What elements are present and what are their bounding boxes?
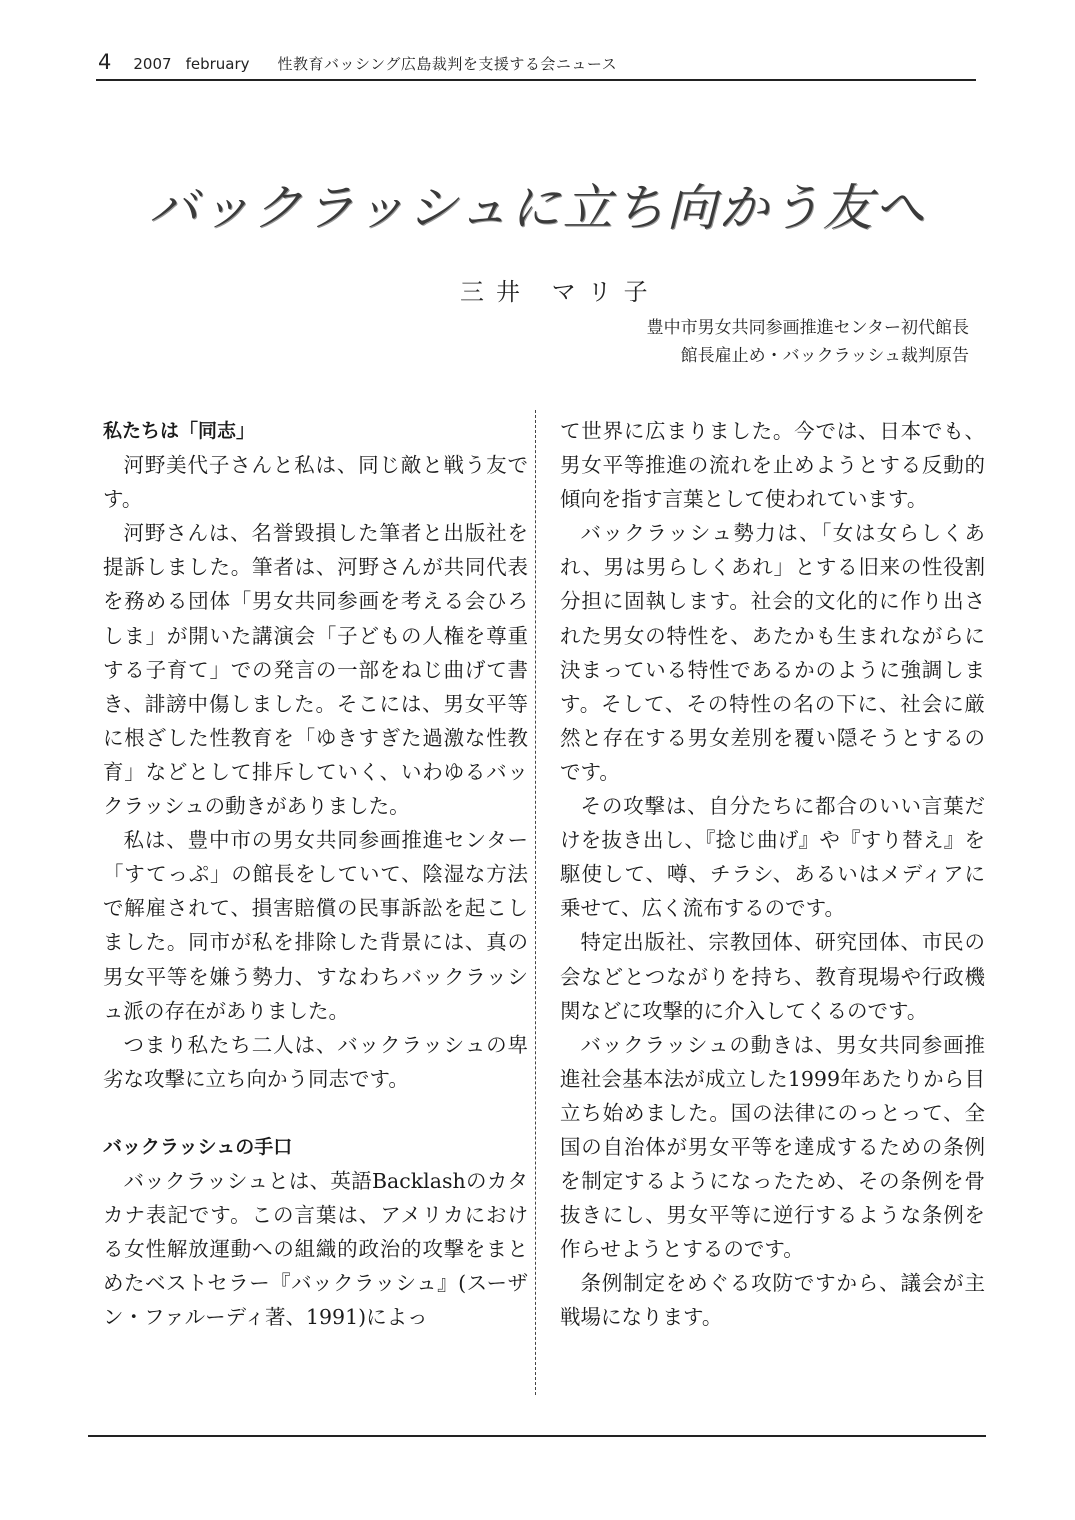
column-divider [535, 410, 536, 1395]
section-heading-comrades: 私たちは「同志」 [103, 414, 528, 448]
body-paragraph: 河野さんは、名誉毀損した筆者と出版社を提訴しました。筆者は、河野さんが共同代表を… [103, 516, 528, 823]
footer-rule [88, 1435, 986, 1437]
page-header: 4 2007 february 性教育バッシング広島裁判を支援する会ニュース [98, 50, 974, 80]
body-paragraph: 私は、豊中市の男女共同参画推進センター「すてっぷ」の館長をしていて、陰湿な方法で… [103, 823, 528, 1028]
article-author: 三井 マリ子 [460, 272, 660, 307]
author-affiliation-1: 豊中市男女共同参画推進センター初代館長 [647, 313, 969, 338]
left-column: 私たちは「同志」 河野美代子さんと私は、同じ敵と戦う友です。 河野さんは、名誉毀… [103, 414, 528, 1334]
article-title: バックラッシュに立ち向かう友へ [0, 168, 1075, 240]
section-heading-tactics: バックラッシュの手口 [103, 1130, 528, 1164]
publication-name: 性教育バッシング広島裁判を支援する会ニュース [278, 53, 618, 74]
body-paragraph-continuation: て世界に広まりました。今では、日本でも、男女平等推進の流れを止めようとする反動的… [560, 414, 985, 516]
body-paragraph: バックラッシュ勢力は、「女は女らしくあれ、男は男らしくあれ」とする旧来の性役割分… [560, 516, 985, 789]
author-affiliation-2: 館長雇止め・バックラッシュ裁判原告 [681, 341, 969, 366]
page-number: 4 [98, 50, 111, 74]
body-paragraph: 河野美代子さんと私は、同じ敵と戦う友です。 [103, 448, 528, 516]
header-rule [96, 79, 976, 81]
body-paragraph: つまり私たち二人は、バックラッシュの卑劣な攻撃に立ち向かう同志です。 [103, 1028, 528, 1096]
body-paragraph: バックラッシュとは、英語Backlashのカタカナ表記です。この言葉は、アメリカ… [103, 1164, 528, 1334]
section-gap [103, 1096, 528, 1130]
right-column: て世界に広まりました。今では、日本でも、男女平等推進の流れを止めようとする反動的… [560, 414, 985, 1335]
body-paragraph: 条例制定をめぐる攻防ですから、議会が主戦場になります。 [560, 1266, 985, 1334]
issue-year: 2007 [133, 55, 171, 73]
issue-month: february [186, 55, 250, 73]
body-paragraph: バックラッシュの動きは、男女共同参画推進社会基本法が成立した1999年あたりから… [560, 1028, 985, 1267]
body-paragraph: その攻撃は、自分たちに都合のいい言葉だけを抜き出し、『捻じ曲げ』や『すり替え』を… [560, 789, 985, 925]
body-paragraph: 特定出版社、宗教団体、研究団体、市民の会などとつながりを持ち、教育現場や行政機関… [560, 925, 985, 1027]
